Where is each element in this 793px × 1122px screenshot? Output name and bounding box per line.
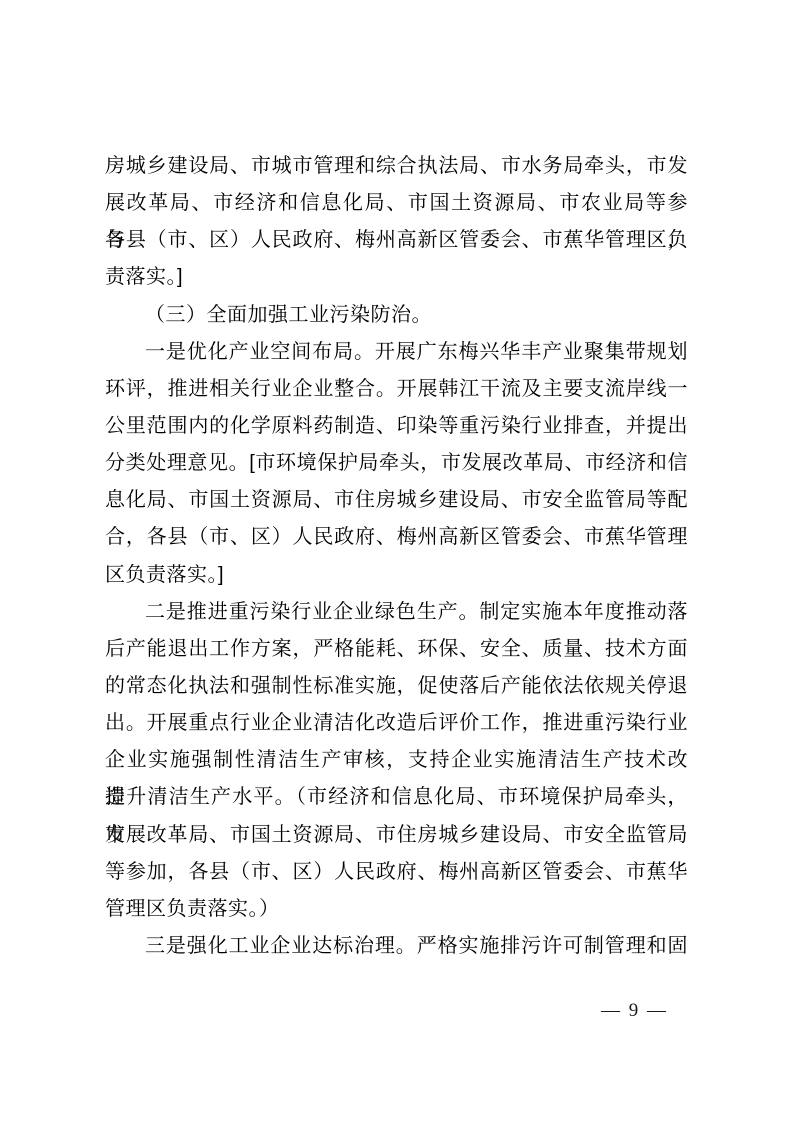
text-line: 合，各县（市、区）人民政府、梅州高新区管委会、市蕉华管理 [105, 519, 688, 556]
text-line: 公里范围内的化学原料药制造、印染等重污染行业排查，并提出 [105, 408, 688, 445]
text-line: 各县（市、区）人民政府、梅州高新区管委会、市蕉华管理区负 [105, 222, 688, 259]
document-text: 房城乡建设局、市城市管理和综合执法局、市水务局牵头，市发展改革局、市经济和信息化… [105, 148, 688, 965]
text-line: 房城乡建设局、市城市管理和综合执法局、市水务局牵头，市发 [105, 148, 688, 185]
text-line: 环评，推进相关行业企业整合。开展韩江干流及主要支流岸线一 [105, 371, 688, 408]
text-line: 息化局、市国土资源局、市住房城乡建设局、市安全监管局等配 [105, 482, 688, 519]
text-line: 出。开展重点行业企业清洁化改造后评价工作，推进重污染行业 [105, 705, 688, 742]
text-line: 一是优化产业空间布局。开展广东梅兴华丰产业聚集带规划 [105, 334, 688, 371]
text-line: 区负责落实。] [105, 557, 688, 594]
text-line: 企业实施强制性清洁生产审核，支持企业实施清洁生产技术改造， [105, 742, 688, 779]
text-line: 管理区负责落实。） [105, 891, 688, 928]
text-line: 等参加，各县（市、区）人民政府、梅州高新区管委会、市蕉华 [105, 854, 688, 891]
page-number: — 9 — [0, 1000, 668, 1022]
text-line: 后产能退出工作方案，严格能耗、环保、安全、质量、技术方面 [105, 631, 688, 668]
text-line: 三是强化工业企业达标治理。严格实施排污许可制管理和固 [105, 928, 688, 965]
text-line: 责落实。] [105, 259, 688, 296]
document-page: 房城乡建设局、市城市管理和综合执法局、市水务局牵头，市发展改革局、市经济和信息化… [0, 0, 793, 1122]
text-line: 提升清洁生产水平。（市经济和信息化局、市环境保护局牵头，市 [105, 779, 688, 816]
text-line: 的常态化执法和强制性标准实施，促使落后产能依法依规关停退 [105, 668, 688, 705]
text-line: 发展改革局、市国土资源局、市住房城乡建设局、市安全监管局 [105, 817, 688, 854]
text-line: （三）全面加强工业污染防治。 [105, 297, 688, 334]
text-line: 二是推进重污染行业企业绿色生产。制定实施本年度推动落 [105, 594, 688, 631]
text-line: 分类处理意见。[市环境保护局牵头，市发展改革局、市经济和信 [105, 445, 688, 482]
text-line: 展改革局、市经济和信息化局、市国土资源局、市农业局等参与， [105, 185, 688, 222]
